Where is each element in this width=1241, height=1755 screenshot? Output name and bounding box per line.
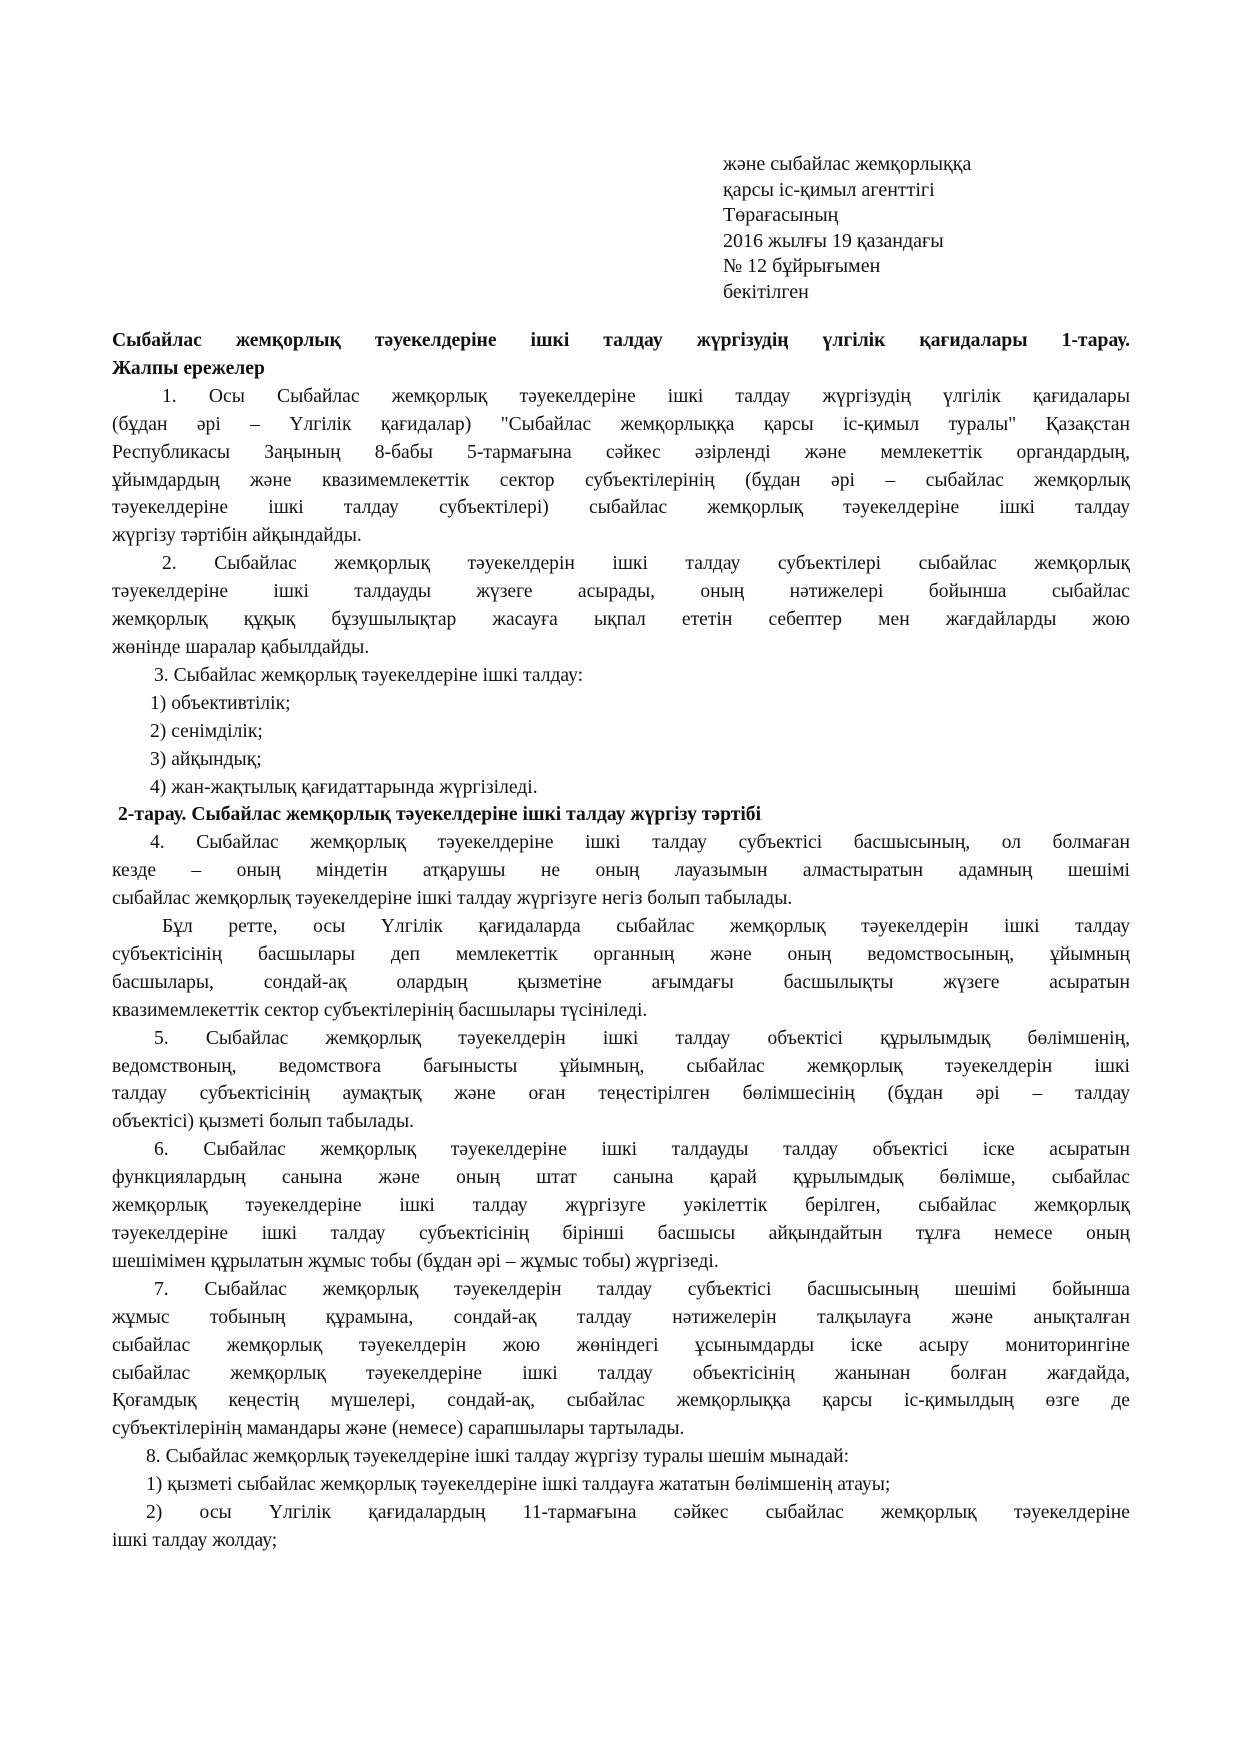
paragraph-1: 1. Осы Сыбайлас жемқорлық тәуекелдеріне … [112, 383, 1130, 550]
paragraph-line: тәуекелдеріне ішкі талдауды жүзеге асыра… [112, 578, 1130, 606]
approval-line: бекітілген [723, 280, 1143, 306]
paragraph-line: 2. Сыбайлас жемқорлық тәуекелдерін ішкі … [112, 550, 1130, 578]
list-item: 2) сенімділік; [112, 718, 1130, 746]
paragraph-line: объектісі) қызметі болып табылады. [112, 1108, 1130, 1136]
paragraph-line: басшылары, сондай-ақ олардың қызметіне а… [112, 969, 1130, 997]
paragraph-line: жемқорлық құқық бұзушылықтар жасауға ықп… [112, 606, 1130, 634]
approval-line: және сыбайлас жемқорлыққа [723, 152, 1143, 178]
list-item: ішкі талдау жолдау; [112, 1527, 1130, 1555]
title-line: Жалпы ережелер [112, 355, 1130, 383]
paragraph-2: 2. Сыбайлас жемқорлық тәуекелдерін ішкі … [112, 550, 1130, 662]
list-item: 3) айқындық; [112, 746, 1130, 774]
paragraph-line: субъектісінің басшылары деп мемлекеттік … [112, 941, 1130, 969]
paragraph-6: 6. Сыбайлас жемқорлық тәуекелдеріне ішкі… [112, 1136, 1130, 1276]
paragraph-line: кезде – оның міндетін атқарушы не оның л… [112, 857, 1130, 885]
paragraph-line: жұмыс тобының құрамына, сондай-ақ талдау… [112, 1304, 1130, 1332]
paragraph-line: квазимемлекеттік сектор субъектілерінің … [112, 997, 1130, 1025]
paragraph-line: сыбайлас жемқорлық тәуекелдерін жою жөні… [112, 1332, 1130, 1360]
paragraph-5: 5. Сыбайлас жемқорлық тәуекелдерін ішкі … [112, 1025, 1130, 1137]
paragraph-line: 5. Сыбайлас жемқорлық тәуекелдерін ішкі … [112, 1025, 1130, 1053]
paragraph-line: Бұл ретте, осы Үлгілік қағидаларда сыбай… [112, 913, 1130, 941]
list-item: 1) қызметі сыбайлас жемқорлық тәуекелдер… [112, 1471, 1130, 1499]
paragraph-line: тәуекелдеріне ішкі талдау субъектілері) … [112, 494, 1130, 522]
approval-block: және сыбайлас жемқорлыққа қарсы іс-қимыл… [723, 152, 1143, 306]
paragraph-4b: Бұл ретте, осы Үлгілік қағидаларда сыбай… [112, 913, 1130, 1025]
paragraph-line: сыбайлас жемқорлық тәуекелдеріне ішкі та… [112, 1360, 1130, 1388]
paragraph-line: 8. Сыбайлас жемқорлық тәуекелдеріне ішкі… [112, 1443, 1130, 1471]
paragraph-line: талдау субъектісінің аумақтық және оған … [112, 1080, 1130, 1108]
list-item: 2) осы Үлгілік қағидалардың 11-тармағына… [112, 1499, 1130, 1527]
approval-line: қарсы іс-қимыл агенттігі [723, 178, 1143, 204]
paragraph-4: 4. Сыбайлас жемқорлық тәуекелдеріне ішкі… [112, 829, 1130, 913]
paragraph-7: 7. Сыбайлас жемқорлық тәуекелдерін талда… [112, 1276, 1130, 1443]
paragraph-line: ведомствоның, ведомствоға бағынысты ұйым… [112, 1053, 1130, 1081]
paragraph-line: 6. Сыбайлас жемқорлық тәуекелдеріне ішкі… [112, 1136, 1130, 1164]
paragraph-line: тәуекелдеріне ішкі талдау субъектісінің … [112, 1220, 1130, 1248]
paragraph-line: сыбайлас жемқорлық тәуекелдеріне ішкі та… [112, 885, 1130, 913]
approval-line: Төрағасының [723, 203, 1143, 229]
paragraph-line: 7. Сыбайлас жемқорлық тәуекелдерін талда… [112, 1276, 1130, 1304]
paragraph-line: ұйымдардың және квазимемлекеттік сектор … [112, 467, 1130, 495]
paragraph-line: Республикасы Заңының 8-бабы 5-тармағына … [112, 439, 1130, 467]
paragraph-line: 3. Сыбайлас жемқорлық тәуекелдеріне ішкі… [112, 662, 1130, 690]
paragraph-line: (бұдан әрі – Үлгілік қағидалар) "Сыбайла… [112, 411, 1130, 439]
document-body: Сыбайлас жемқорлық тәуекелдеріне ішкі та… [112, 327, 1130, 1555]
title-line: Сыбайлас жемқорлық тәуекелдеріне ішкі та… [112, 327, 1130, 355]
approval-line: 2016 жылғы 19 қазандағы [723, 229, 1143, 255]
paragraph-line: Қоғамдық кеңестің мүшелері, сондай-ақ, с… [112, 1387, 1130, 1415]
list-item: 1) объективтілік; [112, 690, 1130, 718]
paragraph-line: 1. Осы Сыбайлас жемқорлық тәуекелдеріне … [112, 383, 1130, 411]
paragraph-line: жүргізу тәртібін айқындайды. [112, 522, 1130, 550]
paragraph-line: жөнінде шаралар қабылдайды. [112, 634, 1130, 662]
paragraph-3: 3. Сыбайлас жемқорлық тәуекелдеріне ішкі… [112, 662, 1130, 802]
paragraph-line: субъектілерінің мамандары және (немесе) … [112, 1415, 1130, 1443]
list-item: 4) жан-жақтылық қағидаттарында жүргізіле… [112, 774, 1130, 802]
paragraph-line: жемқорлық тәуекелдеріне ішкі талдау жүрг… [112, 1192, 1130, 1220]
paragraph-line: функциялардың санына және оның штат саны… [112, 1164, 1130, 1192]
paragraph-8: 8. Сыбайлас жемқорлық тәуекелдеріне ішкі… [112, 1443, 1130, 1555]
document-page: және сыбайлас жемқорлыққа қарсы іс-қимыл… [0, 0, 1241, 1755]
paragraph-line: 4. Сыбайлас жемқорлық тәуекелдеріне ішкі… [112, 829, 1130, 857]
paragraph-line: шешімімен құрылатын жұмыс тобы (бұдан әр… [112, 1248, 1130, 1276]
document-title: Сыбайлас жемқорлық тәуекелдеріне ішкі та… [112, 327, 1130, 383]
approval-line: № 12 бұйрығымен [723, 254, 1143, 280]
chapter-2-heading: 2-тарау. Сыбайлас жемқорлық тәуекелдерін… [112, 801, 1130, 829]
